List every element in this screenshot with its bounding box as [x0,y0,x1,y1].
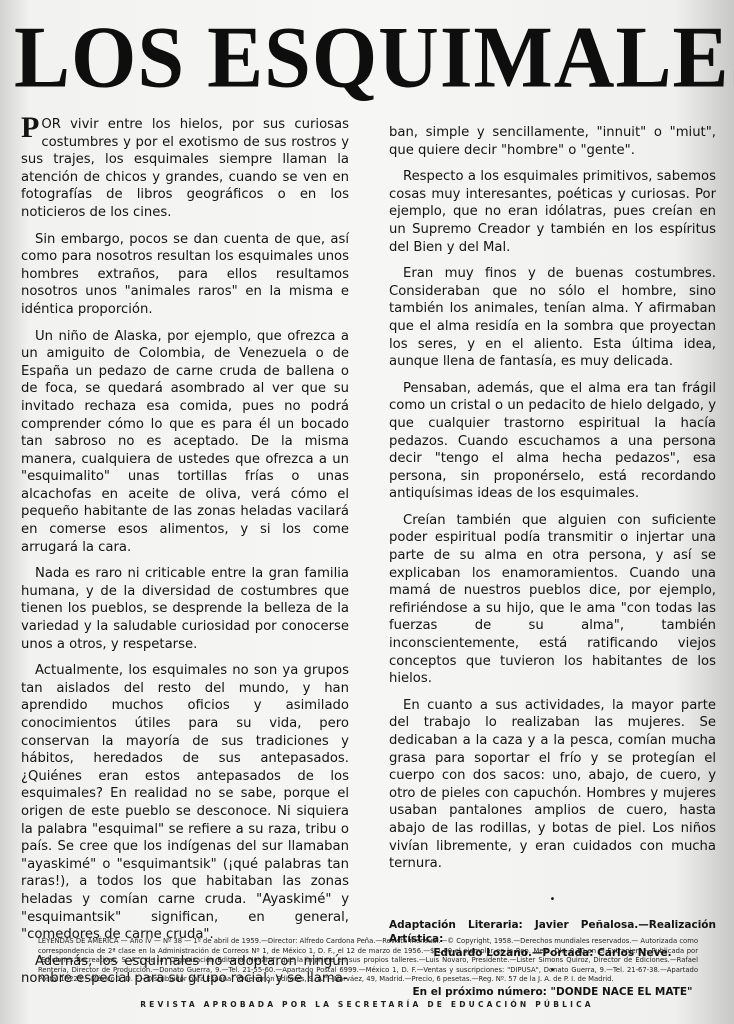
paragraph: POR vivir entre los hielos, por sus curi… [21,116,349,222]
drop-cap: P [21,118,39,138]
page-title: LOS ESQUIMALES [14,8,720,108]
paragraph-continuation: ban, simple y sencillamente, "innuit" o … [389,124,716,159]
colophon: LEYENDAS DE AMÉRICA — Año IV — Nº 38 — 1… [38,937,698,985]
paragraph: En cuanto a sus actividades, la mayor pa… [389,697,716,873]
paragraph: Nada es raro ni criticable entre la gran… [21,565,349,653]
paragraph: Sin embargo, pocos se dan cuenta de que,… [21,231,349,319]
paragraph: Pensaban, además, que el alma era tan fr… [389,380,716,503]
paragraph: Creían también que alguien con suficient… [389,512,716,688]
paragraph: Respecto a los esquimales primitivos, sa… [389,168,716,256]
next-issue: En el próximo número: "DONDE NACE EL MAT… [389,984,716,1002]
paragraph: Un niño de Alaska, por ejemplo, que ofre… [21,328,349,557]
left-column: POR vivir entre los hielos, por sus curi… [21,116,349,997]
paragraph: Actualmente, los esquimales no son ya gr… [21,662,349,944]
bullet-divider: • [389,891,716,909]
right-column: ban, simple y sencillamente, "innuit" o … [389,124,716,1002]
paragraph: Eran muy finos y de buenas costumbres. C… [389,265,716,371]
approval-line: REVISTA APROBADA POR LA SECRETARÍA DE ED… [0,1000,734,1009]
